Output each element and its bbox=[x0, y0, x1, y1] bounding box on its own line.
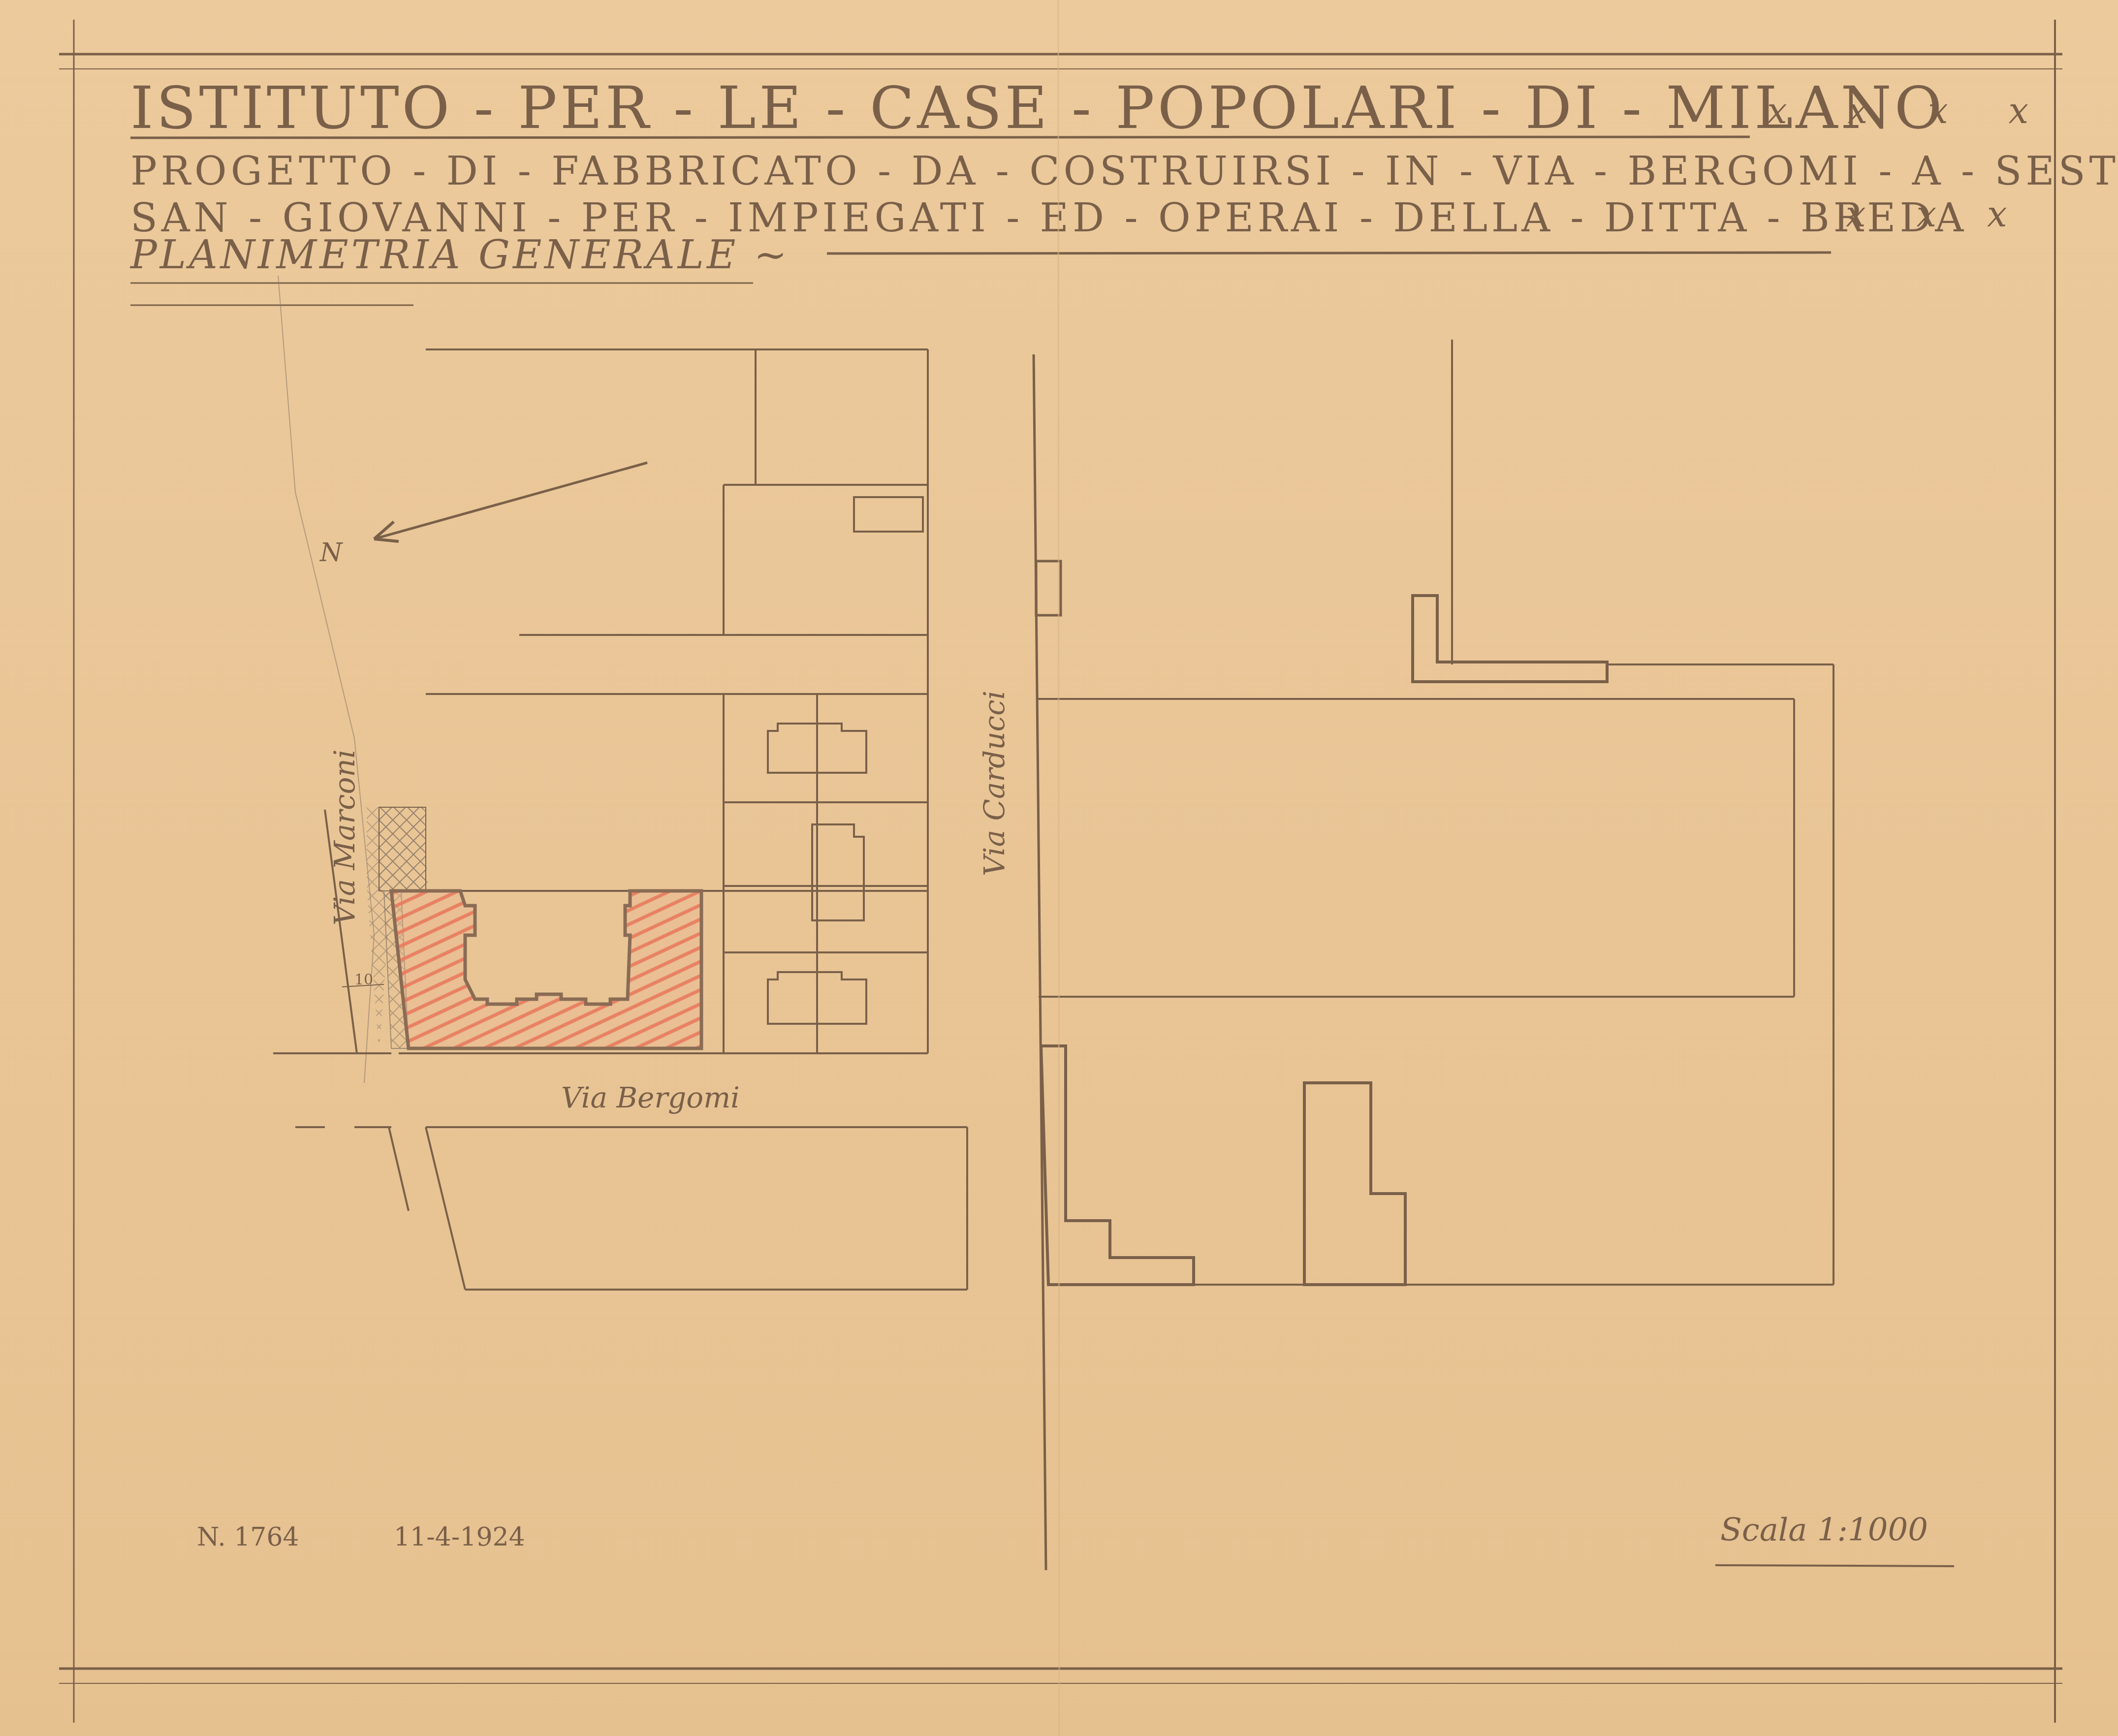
lower-left-block bbox=[426, 1127, 967, 1290]
street-label-via-carducci: Via Carducci bbox=[978, 691, 1011, 876]
drawing-sheet: ISTITUTO - PER - LE - CASE - POPOLARI - … bbox=[0, 0, 2118, 1736]
crosshatched-area bbox=[379, 807, 426, 891]
drawing-date: 11-4-1924 bbox=[394, 1522, 525, 1552]
north-arrow: N bbox=[319, 463, 647, 568]
right-blocks bbox=[1036, 340, 1833, 1285]
line2-ornament: x x x bbox=[1846, 193, 2027, 235]
street-label-via-marconi: Via Marconi bbox=[328, 750, 361, 925]
north-label: N bbox=[319, 538, 343, 568]
drawing-number: N. 1764 bbox=[197, 1522, 299, 1552]
title-block: ISTITUTO - PER - LE - CASE - POPOLARI - … bbox=[129, 74, 2118, 305]
site-plan-drawing: ISTITUTO - PER - LE - CASE - POPOLARI - … bbox=[0, 0, 2118, 1736]
institute-title: ISTITUTO - PER - LE - CASE - POPOLARI - … bbox=[130, 74, 1945, 142]
project-line-1: PROGETTO - DI - FABBRICATO - DA - COSTRU… bbox=[130, 148, 2118, 194]
scale-label: Scala 1:1000 bbox=[1720, 1512, 1928, 1548]
via-carducci bbox=[1034, 354, 1046, 1570]
project-building bbox=[391, 891, 701, 1048]
street-label-via-bergomi: Via Bergomi bbox=[561, 1081, 740, 1114]
title-ornament: x x x x bbox=[1767, 90, 2053, 131]
plan-subtitle: PLANIMETRIA GENERALE ~ bbox=[129, 232, 790, 278]
